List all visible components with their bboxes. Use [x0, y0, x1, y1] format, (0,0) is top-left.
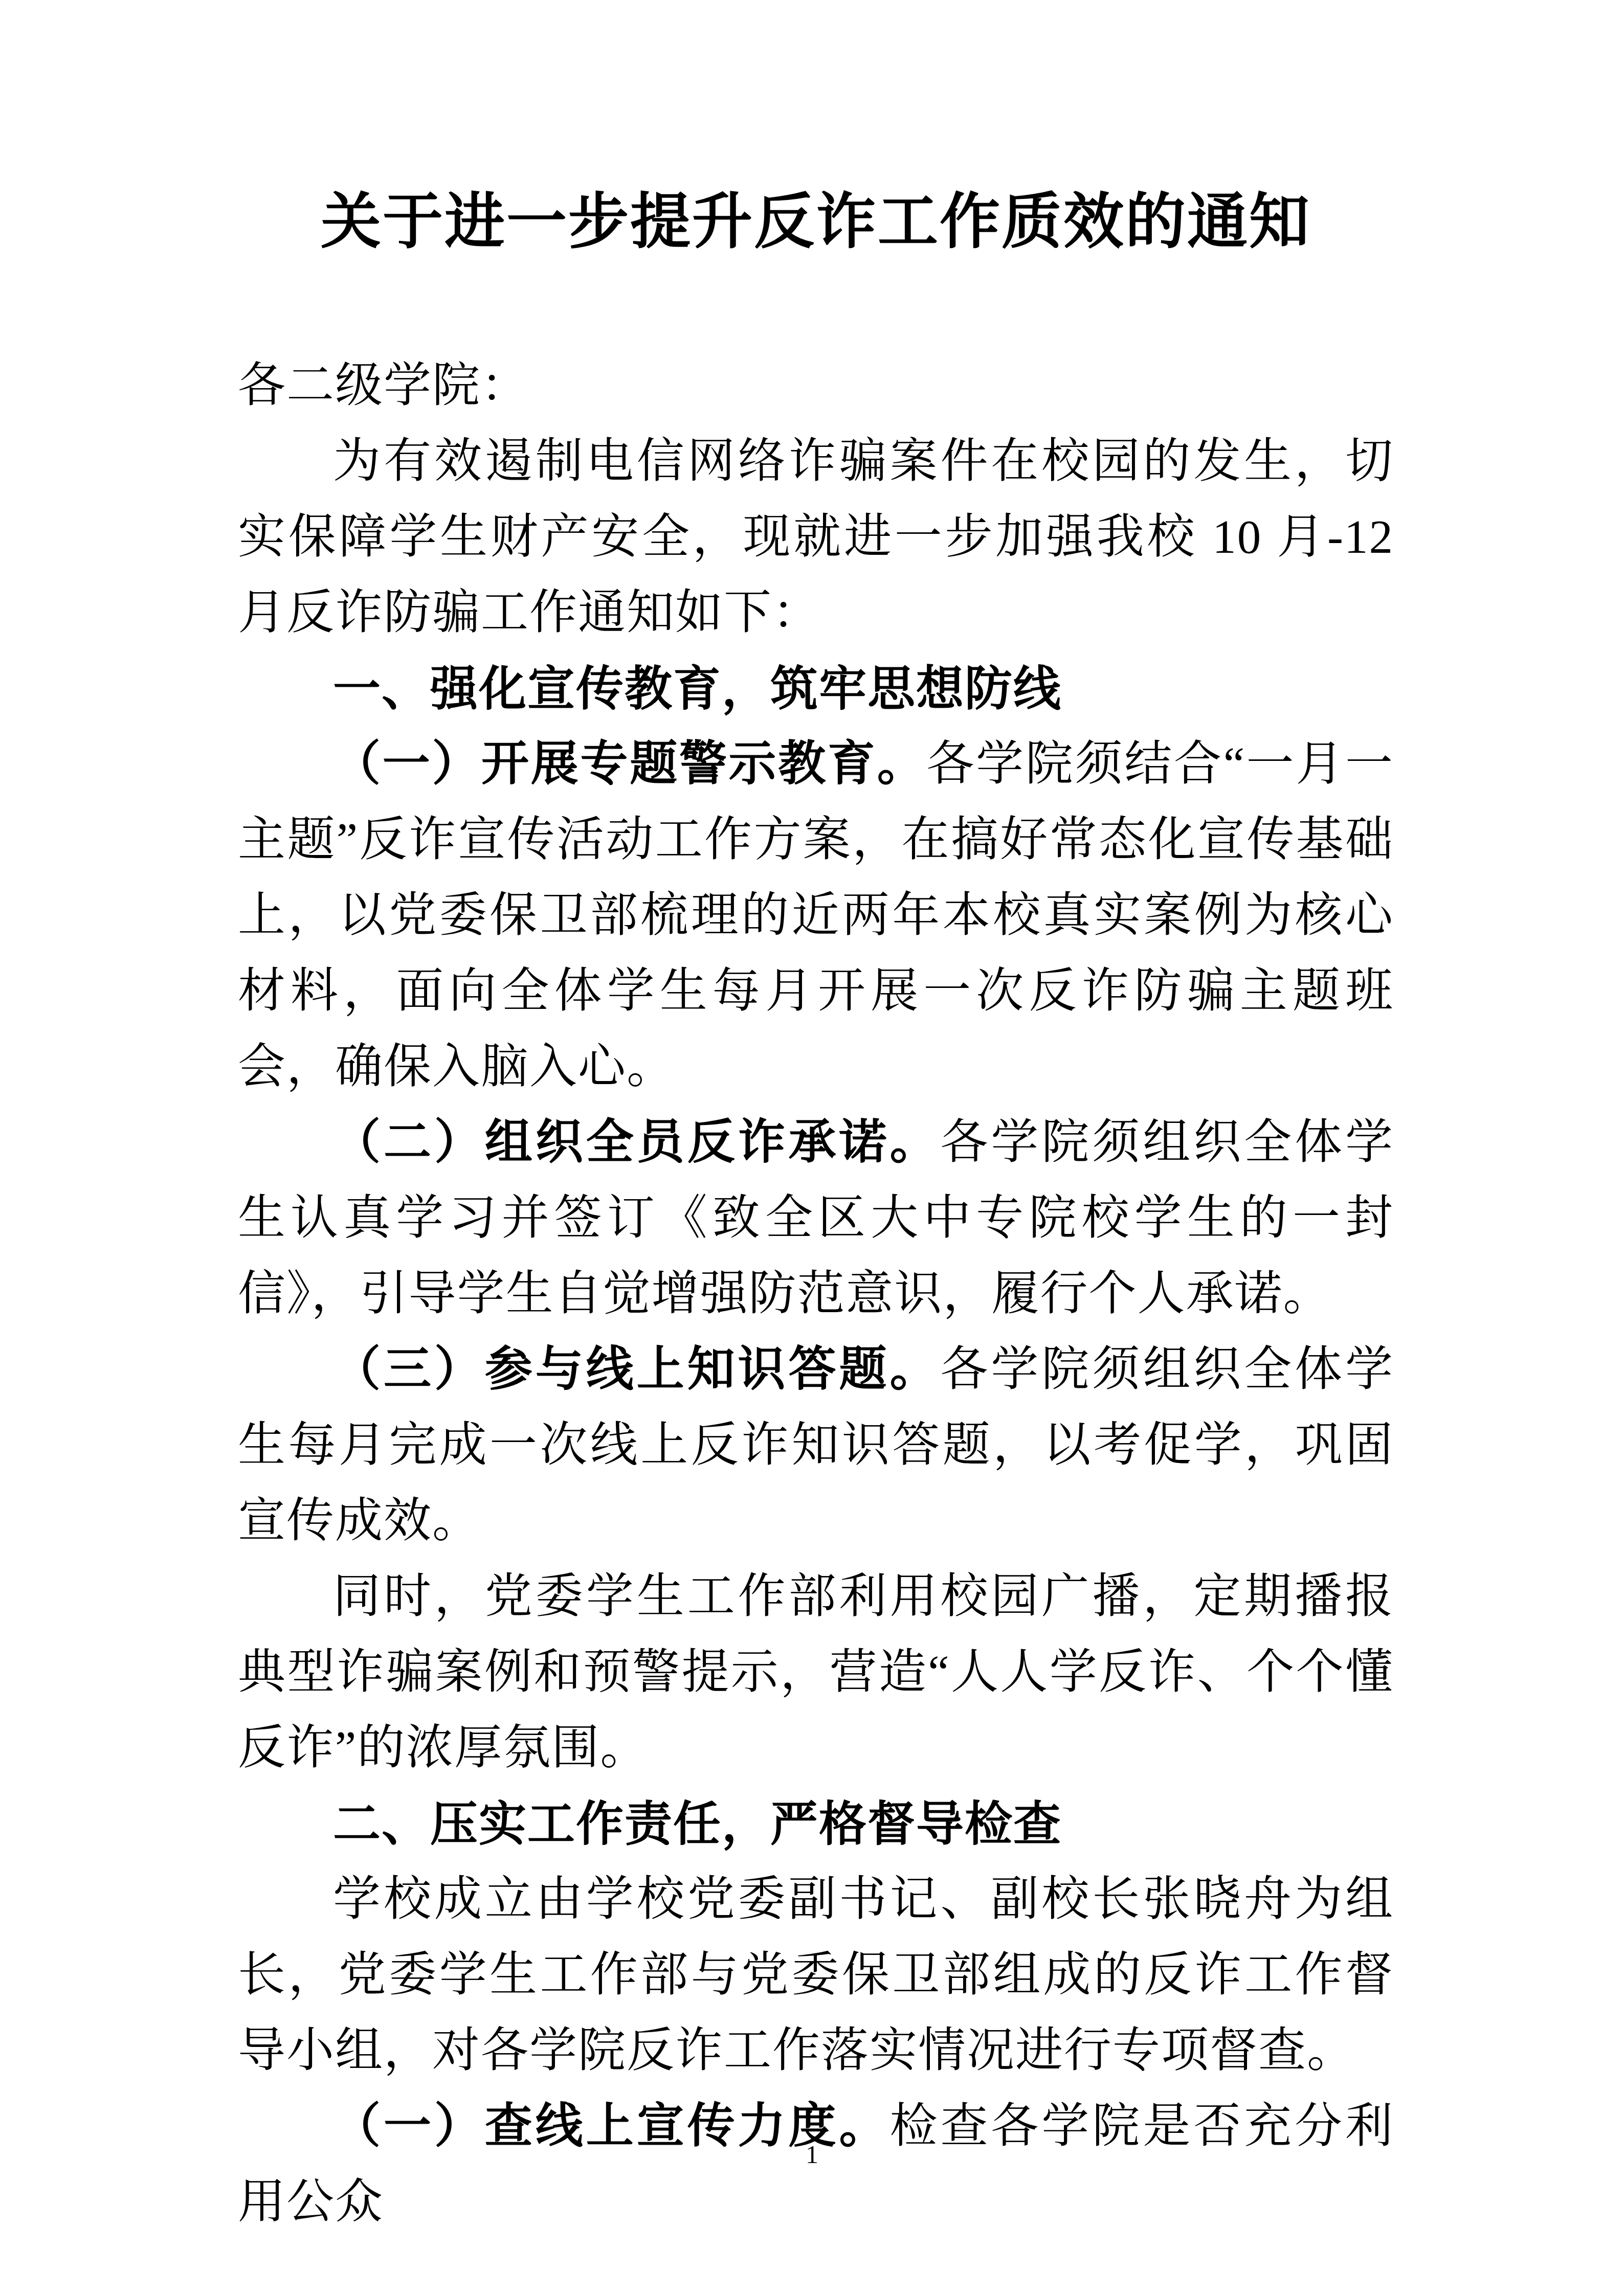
paragraph: 同时，党委学生工作部利用校园广播，定期播报典型诈骗案例和预警提示，营造“人人学反… — [238, 1559, 1394, 1786]
paragraph-text: 各学院须结合“一月一主题”反诈宣传活动工作方案，在搞好常态化宣传基础上，以党委保… — [238, 738, 1394, 1093]
document-page: 关于进一步提升反诈工作质效的通知 各二级学院： 为有效遏制电信网络诈骗案件在校园… — [0, 0, 1624, 2296]
section-2-heading: 二、压实工作责任，严格督导检查 — [238, 1786, 1394, 1862]
section-1-heading: 一、强化宣传教育，筑牢思想防线 — [238, 651, 1394, 727]
paragraph-lead: （二）组织全员反诈承诺。 — [333, 1116, 940, 1169]
intro-paragraph: 为有效遏制电信网络诈骗案件在校园的发生，切实保障学生财产安全，现就进一步加强我校… — [238, 424, 1394, 651]
paragraph: （三）参与线上知识答题。各学院须组织全体学生每月完成一次线上反诈知识答题，以考促… — [238, 1332, 1394, 1559]
paragraph-lead: （一）开展专题警示教育。 — [333, 738, 926, 791]
paragraph: 学校成立由学校党委副书记、副校长张晓舟为组长，党委学生工作部与党委保卫部组成的反… — [238, 1862, 1394, 2089]
paragraph-lead: （三）参与线上知识答题。 — [333, 1343, 940, 1396]
page-number: 1 — [0, 2142, 1624, 2167]
paragraph: （二）组织全员反诈承诺。各学院须组织全体学生认真学习并签订《致全区大中专院校学生… — [238, 1105, 1394, 1332]
paragraph: （一）开展专题警示教育。各学院须结合“一月一主题”反诈宣传活动工作方案，在搞好常… — [238, 727, 1394, 1105]
document-title: 关于进一步提升反诈工作质效的通知 — [238, 183, 1394, 261]
salutation: 各二级学院： — [238, 348, 1394, 424]
paragraph-text: 同时，党委学生工作部利用校园广播，定期播报典型诈骗案例和预警提示，营造“人人学反… — [238, 1570, 1394, 1774]
paragraph-text: 学校成立由学校党委副书记、副校长张晓舟为组长，党委学生工作部与党委保卫部组成的反… — [238, 1873, 1394, 2077]
document-body: 各二级学院： 为有效遏制电信网络诈骗案件在校园的发生，切实保障学生财产安全，现就… — [238, 348, 1394, 2240]
